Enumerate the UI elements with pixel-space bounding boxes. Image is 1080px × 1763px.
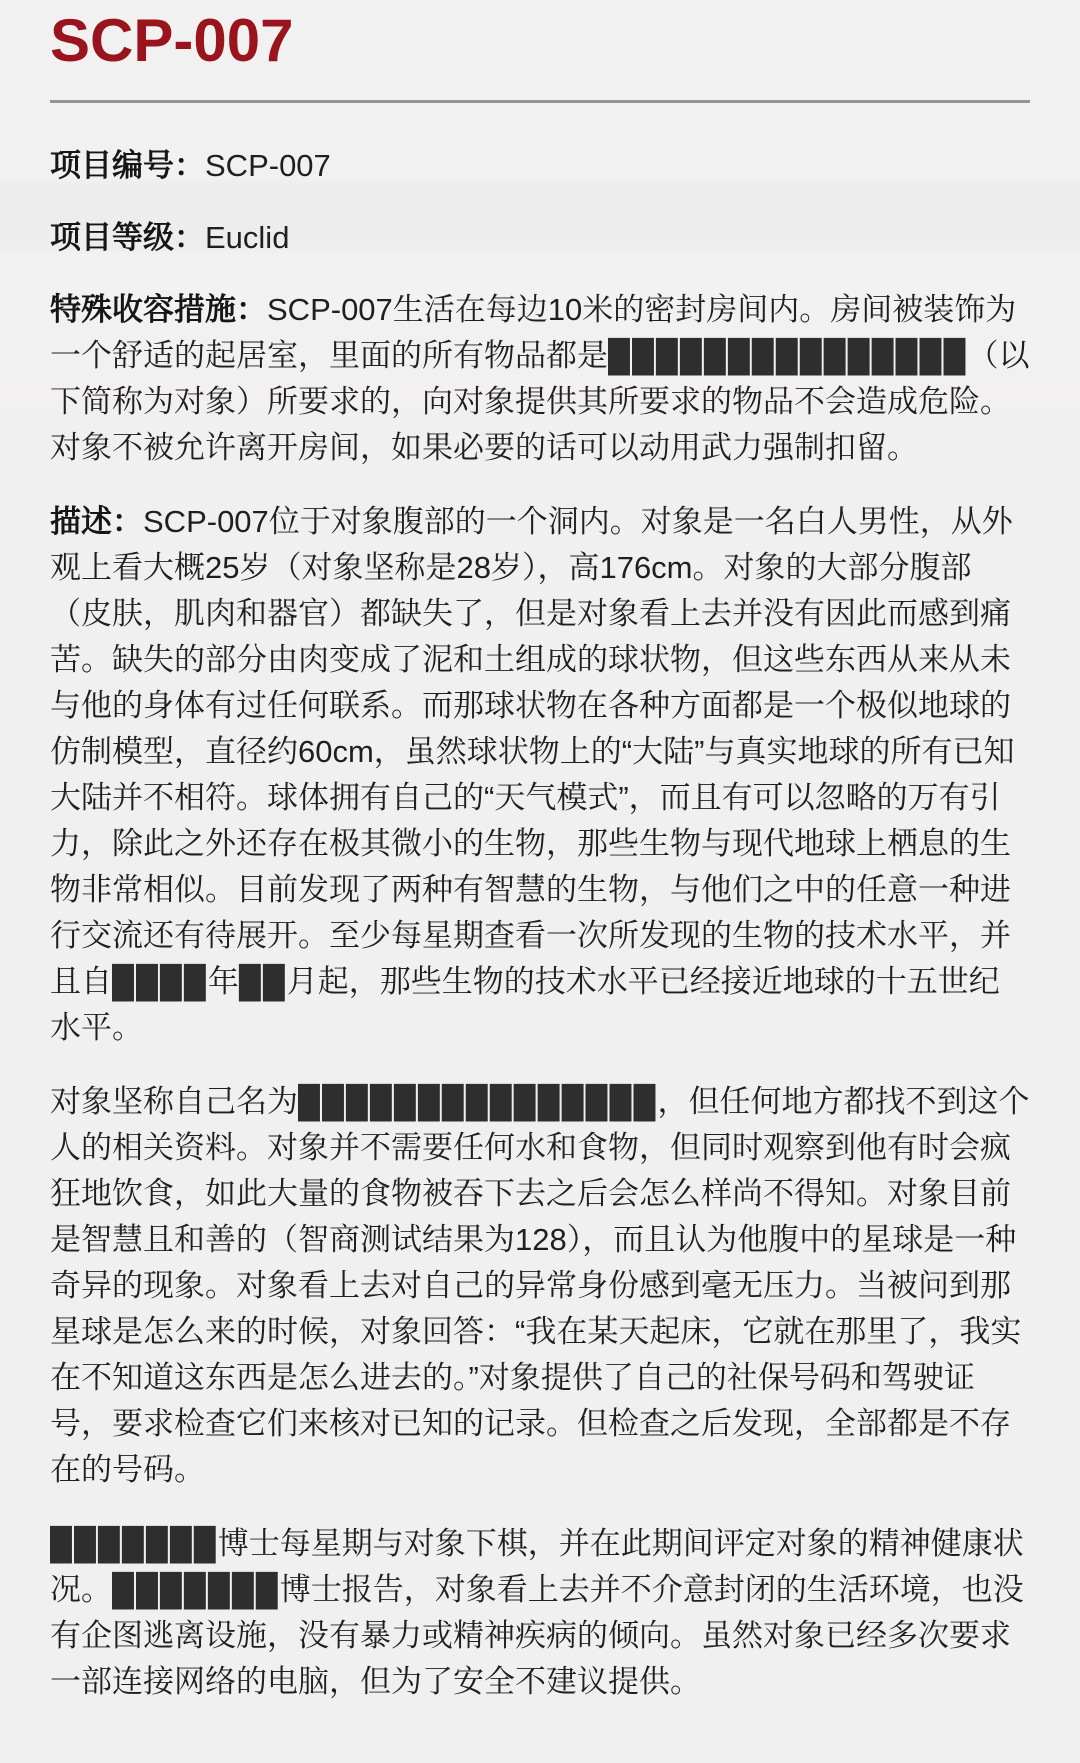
containment-procedures-label: 特殊收容措施： bbox=[50, 292, 267, 327]
title-divider bbox=[50, 100, 1030, 103]
description-label: 描述： bbox=[50, 504, 143, 539]
redaction-bar: ███████████████ bbox=[608, 338, 967, 373]
object-class-line: 项目等级：Euclid bbox=[50, 215, 1030, 261]
doctor-assessment-text: ███████博士每星期与对象下棋，并在此期间评定对象的精神健康状况。█████… bbox=[50, 1526, 1024, 1699]
subject-identity-paragraph: 对象坚称自己名为███████████████，但任何地方都找不到这个人的相关资… bbox=[50, 1079, 1030, 1493]
redaction-bar: ████ bbox=[112, 964, 208, 999]
item-number-value: SCP-007 bbox=[205, 148, 331, 183]
subject-identity-text: 对象坚称自己名为███████████████，但任何地方都找不到这个人的相关资… bbox=[50, 1084, 1029, 1487]
page-title: SCP-007 bbox=[50, 10, 1030, 72]
object-class-value: Euclid bbox=[205, 220, 289, 255]
item-number-line: 项目编号：SCP-007 bbox=[50, 143, 1030, 189]
containment-procedures-paragraph: 特殊收容措施：SCP-007生活在每边10米的密封房间内。房间被装饰为一个舒适的… bbox=[50, 287, 1030, 471]
scp-article-page: { "page": { "title": "SCP-007", "title_c… bbox=[0, 0, 1080, 1763]
redaction-bar: ███████ bbox=[50, 1526, 218, 1561]
description-text: SCP-007位于对象腹部的一个洞内。对象是一名白人男性，从外观上看大概25岁（… bbox=[50, 504, 1014, 1045]
redaction-bar: ███████ bbox=[112, 1572, 280, 1607]
doctor-assessment-paragraph: ███████博士每星期与对象下棋，并在此期间评定对象的精神健康状况。█████… bbox=[50, 1521, 1030, 1705]
item-number-label: 项目编号： bbox=[50, 148, 205, 183]
redaction-bar: ███████████████ bbox=[298, 1084, 657, 1119]
description-paragraph: 描述：SCP-007位于对象腹部的一个洞内。对象是一名白人男性，从外观上看大概2… bbox=[50, 499, 1030, 1051]
redaction-bar: ██ bbox=[239, 964, 287, 999]
object-class-label: 项目等级： bbox=[50, 220, 205, 255]
